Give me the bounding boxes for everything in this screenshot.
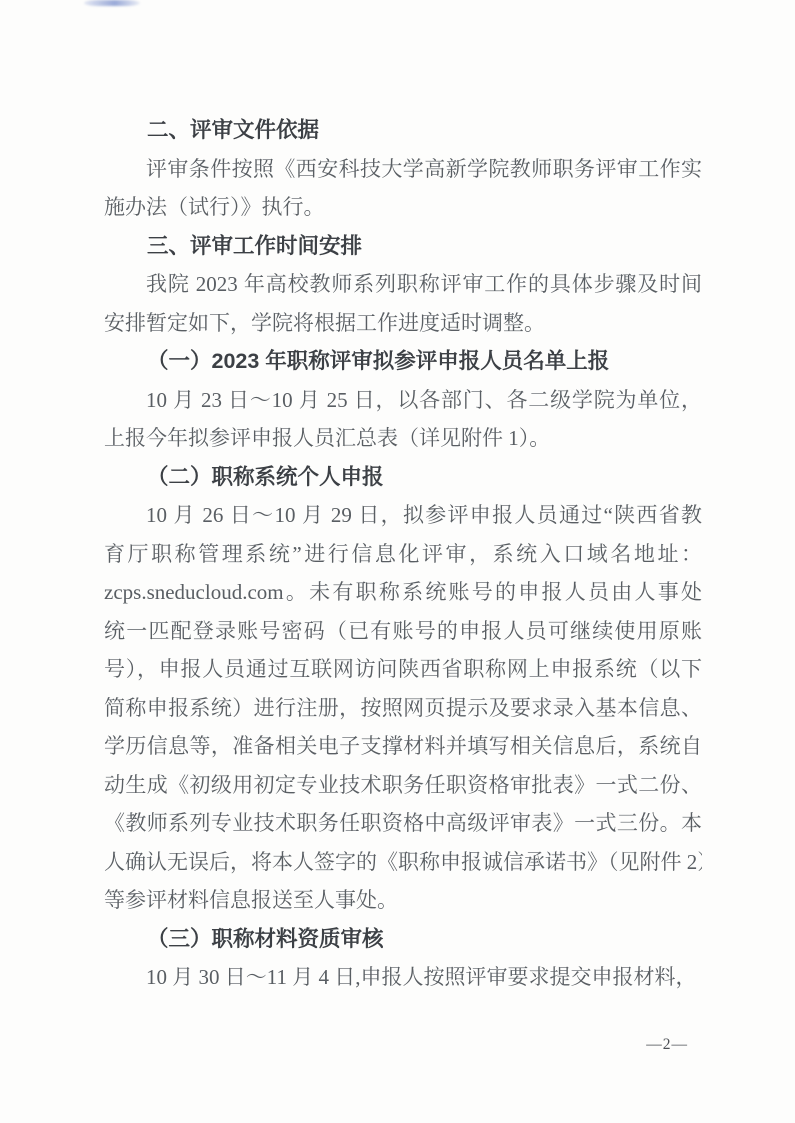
text-line: 动生成《初级用初定专业技术职务任职资格审批表》一式二份、 (104, 766, 702, 805)
section-heading: 三、评审工作时间安排 (104, 227, 702, 266)
text-line: 号），申报人员通过互联网访问陕西省职称网上申报系统（以下 (104, 650, 702, 689)
paragraph: 10 月 30 日～11 月 4 日,申报人按照评审要求提交申报材料， (104, 958, 702, 997)
paragraph: 我院 2023 年高校教师系列职称评审工作的具体步骤及时间安排暂定如下，学院将根… (104, 265, 702, 342)
text-line: 上报今年拟参评申报人员汇总表（详见附件 1）。 (104, 419, 702, 458)
document-blocks: 二、评审文件依据评审条件按照《西安科技大学高新学院教师职务评审工作实施办法（试行… (104, 111, 702, 997)
text-line: 简称申报系统）进行注册，按照网页提示及要求录入基本信息、 (104, 689, 702, 728)
text-line: 我院 2023 年高校教师系列职称评审工作的具体步骤及时间 (104, 265, 702, 304)
paragraph: 10 月 26 日～10 月 29 日，拟参评申报人员通过“陕西省教育厅职称管理… (104, 496, 702, 920)
text-line: 育厅职称管理系统”进行信息化评审，系统入口域名地址： (104, 535, 702, 574)
text-line: zcps.sneducloud.com。未有职称系统账号的申报人员由人事处 (104, 573, 702, 612)
paragraph: 评审条件按照《西安科技大学高新学院教师职务评审工作实施办法（试行）》执行。 (104, 150, 702, 227)
paragraph: 10 月 23 日～10 月 25 日，以各部门、各二级学院为单位，上报今年拟参… (104, 381, 702, 458)
page-number: —2— (646, 1036, 688, 1054)
scanned-document-page: 二、评审文件依据评审条件按照《西安科技大学高新学院教师职务评审工作实施办法（试行… (0, 0, 795, 1123)
text-line: 10 月 30 日～11 月 4 日,申报人按照评审要求提交申报材料， (104, 958, 702, 997)
text-line: 《教师系列专业技术职务任职资格中高级评审表》一式三份。本 (104, 804, 702, 843)
section-heading: 二、评审文件依据 (104, 111, 702, 150)
text-line: 10 月 26 日～10 月 29 日，拟参评申报人员通过“陕西省教 (104, 496, 702, 535)
subsection-heading: （二）职称系统个人申报 (104, 458, 702, 497)
text-line: 10 月 23 日～10 月 25 日，以各部门、各二级学院为单位， (104, 381, 702, 420)
text-line: 人确认无误后，将本人签字的《职称申报诚信承诺书》（见附件 2） (104, 843, 702, 882)
text-line: 学历信息等，准备相关电子支撑材料并填写相关信息后，系统自 (104, 727, 702, 766)
text-line: 施办法（试行）》执行。 (104, 188, 702, 227)
text-line: 等参评材料信息报送至人事处。 (104, 881, 702, 920)
text-line: 评审条件按照《西安科技大学高新学院教师职务评审工作实 (104, 150, 702, 189)
text-line: 安排暂定如下，学院将根据工作进度适时调整。 (104, 304, 702, 343)
subsection-heading: （三）职称材料资质审核 (104, 920, 702, 959)
subsection-heading: （一）2023 年职称评审拟参评申报人员名单上报 (104, 342, 702, 381)
text-line: 统一匹配登录账号密码（已有账号的申报人员可继续使用原账 (104, 612, 702, 651)
scan-smudge-artifact (84, 0, 140, 6)
